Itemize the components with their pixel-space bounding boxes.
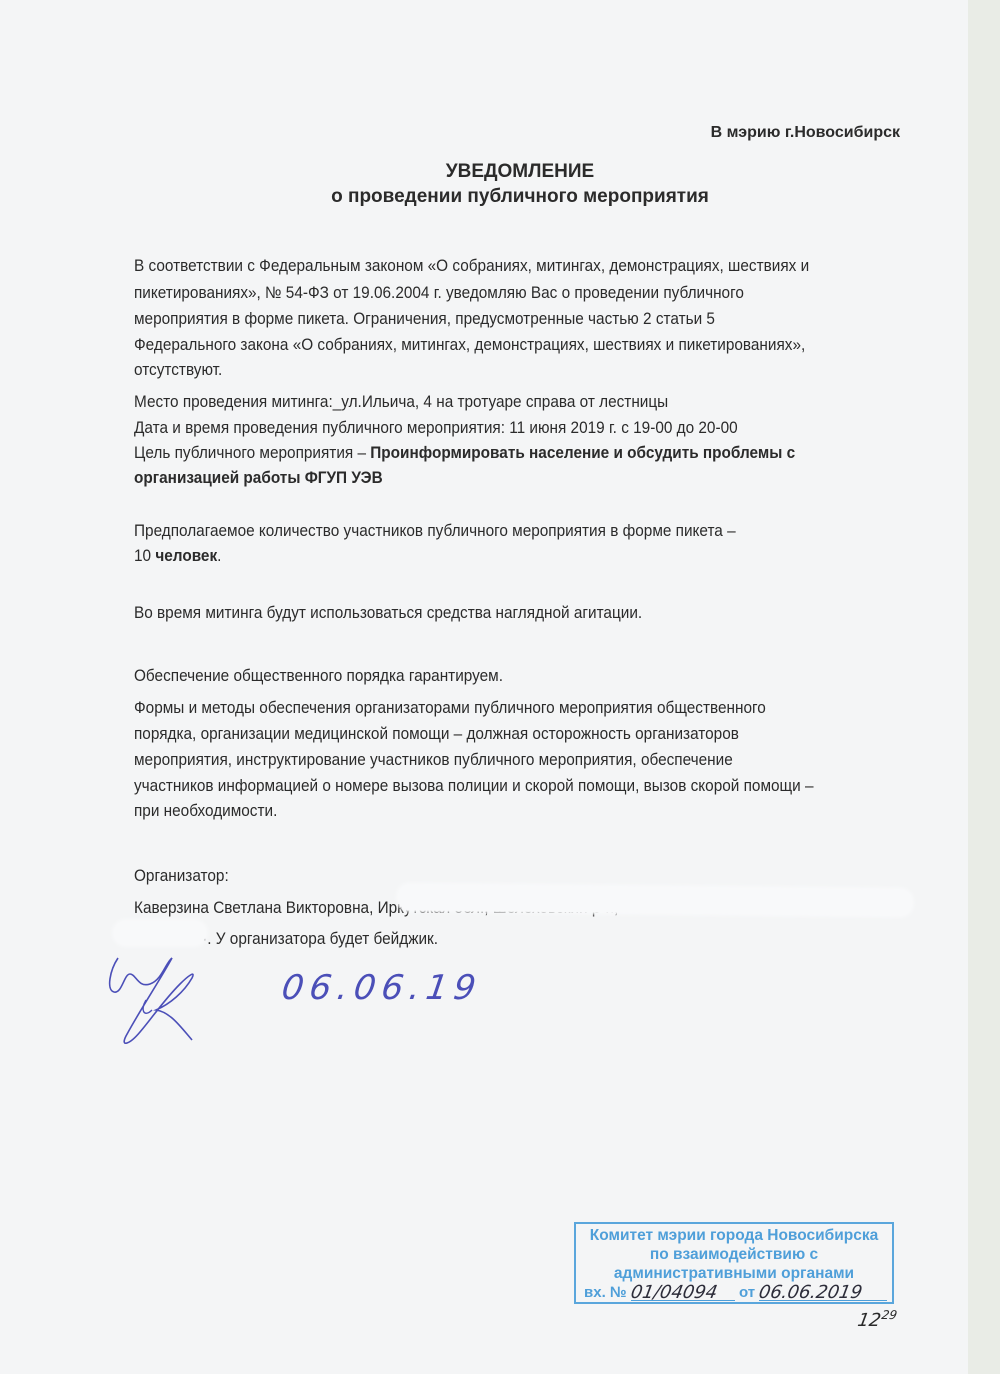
participants-unit: человек (155, 547, 217, 565)
note-minutes: 29 (880, 1308, 898, 1322)
event-place: Место проведения митинга:_ул.Ильича, 4 н… (134, 392, 668, 412)
intro-line: пикетированиях», № 54-ФЗ от 19.06.2004 г… (134, 283, 744, 303)
reg-label: вх. № (584, 1284, 627, 1301)
registration-stamp: Комитет мэрии города Новосибирска по вза… (574, 1222, 894, 1304)
methods-line: при необходимости. (134, 801, 277, 821)
goal-text: Проинформировать население и обсудить пр… (370, 444, 795, 462)
stamp-line: по взаимодействию с (576, 1245, 892, 1264)
intro-line: отсутствуют. (134, 360, 222, 380)
stamp-line: Комитет мэрии города Новосибирска (576, 1226, 892, 1245)
order-guarantee: Обеспечение общественного порядка гарант… (134, 666, 503, 686)
methods-line: мероприятия, инструктирование участников… (134, 750, 733, 770)
methods-line: порядка, организации медицинской помощи … (134, 724, 739, 744)
participants-count: 10 человек. (134, 546, 221, 566)
document-title: УВЕДОМЛЕНИЕ (0, 161, 1000, 183)
intro-line: мероприятия в форме пикета. Ограничения,… (134, 309, 715, 329)
methods-line: участников информацией о номере вызова п… (134, 776, 814, 796)
event-datetime: Дата и время проведения публичного мероп… (134, 418, 738, 438)
document-subtitle: о проведении публичного мероприятия (0, 186, 1000, 208)
reg-number-field: 01/04094 (631, 1282, 735, 1301)
intro-line: Федерального закона «О собраниях, митинг… (134, 335, 805, 355)
reg-date-field: 06.06.2019 (759, 1282, 887, 1301)
participants-end: . (217, 547, 221, 565)
goal-text-cont: организацией работы ФГУП УЭВ (134, 468, 383, 488)
signature-icon (100, 940, 220, 1060)
handwritten-time-note: 1229 (856, 1308, 898, 1331)
handwritten-date: 06.06.19 (279, 968, 484, 1008)
stamp-registration-row: вх. № 01/04094 от 06.06.2019 (584, 1282, 888, 1302)
note-hour: 12 (856, 1310, 883, 1331)
reg-date: 06.06.2019 (757, 1282, 864, 1303)
organizer-label: Организатор: (134, 866, 229, 886)
reg-from-label: от (739, 1284, 755, 1301)
addressee: В мэрию г.Новосибирск (711, 124, 900, 142)
goal-label: Цель публичного мероприятия – (134, 444, 370, 462)
methods-line: Формы и методы обеспечения организаторам… (134, 698, 766, 718)
participants-line: Предполагаемое количество участников пуб… (134, 521, 736, 541)
intro-line: В соответствии с Федеральным законом «О … (134, 256, 809, 276)
participants-number: 10 (134, 547, 155, 565)
redaction-mark (398, 884, 912, 915)
stamp-line: административными органами (576, 1264, 892, 1283)
agitation-line: Во время митинга будут использоваться ср… (134, 603, 642, 623)
reg-number: 01/04094 (629, 1282, 719, 1303)
event-goal: Цель публичного мероприятия – Проинформи… (134, 443, 795, 463)
